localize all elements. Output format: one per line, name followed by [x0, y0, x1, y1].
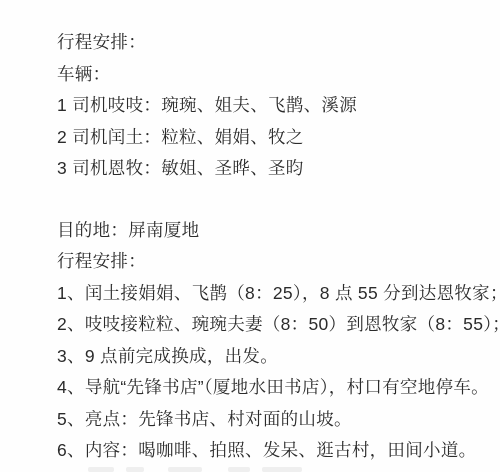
line-vehicles-heading: 车辆： — [57, 59, 480, 91]
line-car-1-driver-zhizhi: 1 司机吱吱：琬琬、姐夫、飞鹊、溪源 — [57, 90, 480, 122]
line-destination: 目的地：屏南厦地 — [57, 215, 480, 247]
line-step-6: 6、内容：喝咖啡、拍照、发呆、逛古村，田间小道。 — [57, 435, 480, 467]
line-step-5: 5、亮点：先锋书店、村对面的山坡。 — [57, 404, 480, 436]
itinerary-document: 行程安排： 车辆： 1 司机吱吱：琬琬、姐夫、飞鹊、溪源 2 司机闰土：粒粒、娟… — [0, 0, 500, 472]
line-itinerary-heading: 行程安排： — [57, 27, 480, 59]
line-step-2: 2、吱吱接粒粒、琬琬夫妻（8：50）到恩牧家（8：55）； — [57, 309, 480, 341]
line-itinerary-heading-2: 行程安排： — [57, 246, 480, 278]
line-car-3-driver-enmu: 3 司机恩牧：敏姐、圣晔、圣昀 — [57, 153, 480, 185]
line-step-4: 4、导航“先锋书店”（厦地水田书店），村口有空地停车。 — [57, 372, 480, 404]
line-step-3: 3、9 点前完成换成，出发。 — [57, 341, 480, 373]
line-car-2-driver-runtu: 2 司机闰土：粒粒、娟娟、牧之 — [57, 122, 480, 154]
line-step-1: 1、闰土接娟娟、飞鹊（8：25），8 点 55 分到达恩牧家； — [57, 278, 480, 310]
cropped-next-line-artifact — [0, 465, 500, 472]
